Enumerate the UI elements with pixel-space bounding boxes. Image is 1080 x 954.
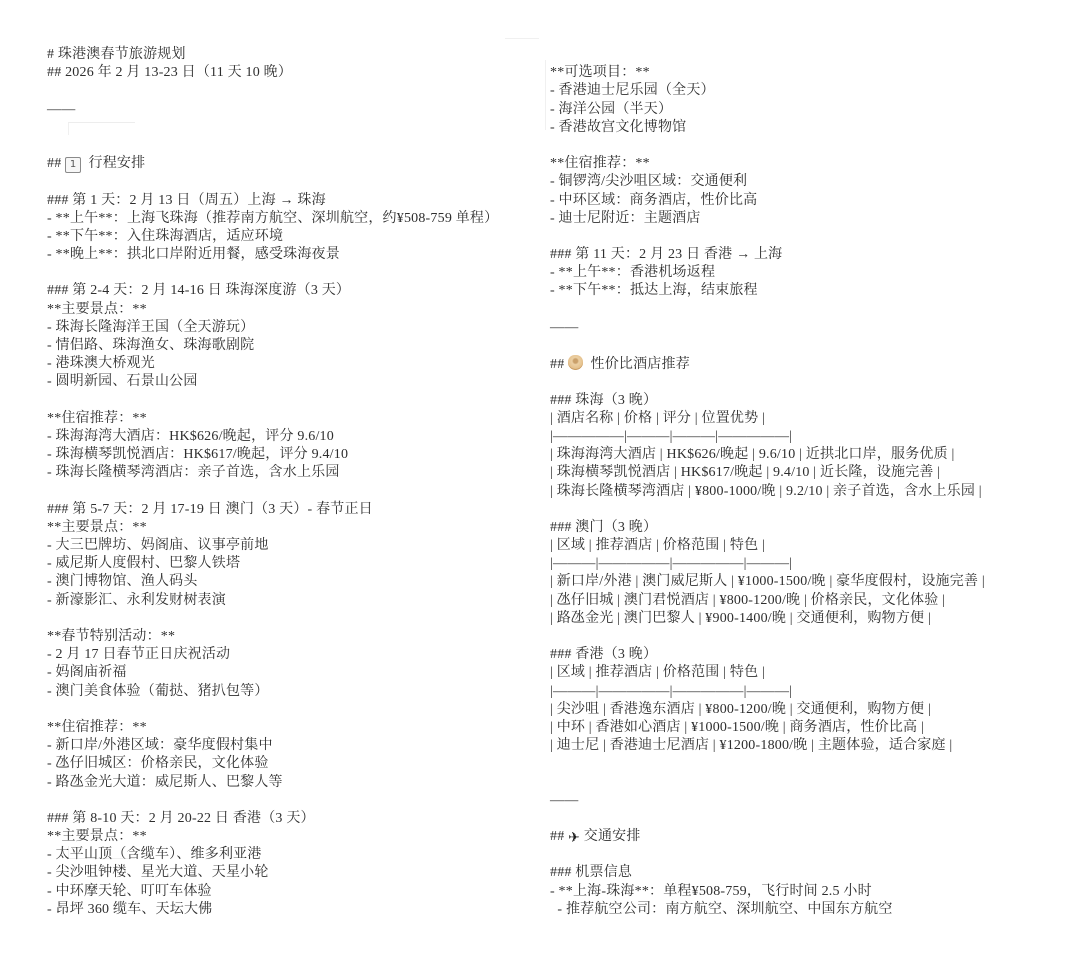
markdown-line: - **下午**：入住珠海酒店，适应环境 xyxy=(47,228,527,246)
markdown-line: **主要景点：** xyxy=(47,301,527,319)
markdown-line xyxy=(550,810,1075,828)
markdown-line xyxy=(550,755,1075,773)
markdown-line xyxy=(550,628,1075,646)
markdown-line: —— xyxy=(47,101,527,119)
markdown-line: - 情侣路、珠海渔女、珠海歌剧院 xyxy=(47,337,527,355)
markdown-line: - 2 月 17 日春节正日庆祝活动 xyxy=(47,646,527,664)
markdown-line: - 澳门博物馆、渔人码头 xyxy=(47,573,527,591)
markdown-line xyxy=(550,228,1075,246)
markdown-line: **主要景点：** xyxy=(47,519,527,537)
markdown-line: —— xyxy=(550,319,1075,337)
markdown-line xyxy=(550,337,1075,355)
markdown-line: - 珠海横琴凯悦酒店：HK$617/晚起，评分 9.4/10 xyxy=(47,446,527,464)
markdown-line xyxy=(550,137,1075,155)
markdown-line xyxy=(47,392,527,410)
markdown-line xyxy=(550,46,1075,64)
line-text: ## xyxy=(550,357,568,372)
markdown-line: - 珠海长隆海洋王国（全天游玩） xyxy=(47,319,527,337)
markdown-line: ### 第 5-7 天：2 月 17-19 日 澳门（3 天）- 春节正日 xyxy=(47,501,527,519)
markdown-line: | 中环 | 香港如心酒店 | ¥1000-1500/晚 | 商务酒店，性价比高… xyxy=(550,719,1075,737)
markdown-line: —— xyxy=(550,792,1075,810)
markdown-line: # 珠港澳春节旅游规划 xyxy=(47,46,527,64)
markdown-document-page: # 珠港澳春节旅游规划## 2026 年 2 月 13-23 日（11 天 10… xyxy=(0,0,1080,954)
markdown-line: - 珠海海湾大酒店：HK$626/晚起，评分 9.6/10 xyxy=(47,428,527,446)
markdown-line: ### 第 1 天：2 月 13 日（周五）上海 → 珠海 xyxy=(47,192,527,210)
markdown-line xyxy=(47,137,527,155)
markdown-line: ### 机票信息 xyxy=(550,864,1075,882)
markdown-line: - 昂坪 360 缆车、天坛大佛 xyxy=(47,901,527,919)
markdown-line: - 澳门美食体验（葡挞、猪扒包等） xyxy=(47,683,527,701)
markdown-line: | 珠海长隆横琴湾酒店 | ¥800-1000/晚 | 9.2/10 | 亲子首… xyxy=(550,483,1075,501)
markdown-line: **春节特别活动：** xyxy=(47,628,527,646)
markdown-line: | 尖沙咀 | 香港逸东酒店 | ¥800-1200/晚 | 交通便利，购物方便… xyxy=(550,701,1075,719)
markdown-line: - 新濠影汇、永利发财树表演 xyxy=(47,592,527,610)
markdown-line: - **上午**：上海飞珠海（推荐南方航空、深圳航空，约¥508-759 单程） xyxy=(47,210,527,228)
markdown-line: - 铜锣湾/尖沙咀区域：交通便利 xyxy=(550,173,1075,191)
markdown-line: - 威尼斯人度假村、巴黎人铁塔 xyxy=(47,555,527,573)
markdown-line: - 氹仔旧城区：价格亲民，文化体验 xyxy=(47,755,527,773)
markdown-line: ### 香港（3 晚） xyxy=(550,646,1075,664)
markdown-line: **住宿推荐：** xyxy=(550,155,1075,173)
markdown-line: - 香港故宫文化博物馆 xyxy=(550,119,1075,137)
markdown-line: ## 2026 年 2 月 13-23 日（11 天 10 晚） xyxy=(47,64,527,82)
markdown-line xyxy=(550,846,1075,864)
markdown-line: ## 性价比酒店推荐 xyxy=(550,355,1075,373)
markdown-line xyxy=(47,792,527,810)
markdown-line: - 珠海长隆横琴湾酒店：亲子首选，含水上乐园 xyxy=(47,464,527,482)
markdown-line: - **上海-珠海**：单程¥508-759，飞行时间 2.5 小时 xyxy=(550,883,1075,901)
line-text: 行程安排 xyxy=(81,156,145,171)
markdown-line: - 中环摩天轮、叮叮车体验 xyxy=(47,883,527,901)
markdown-line: - 新口岸/外港区域：豪华度假村集中 xyxy=(47,737,527,755)
markdown-line: ### 第 2-4 天：2 月 14-16 日 珠海深度游（3 天） xyxy=(47,282,527,300)
markdown-line: - 港珠澳大桥观光 xyxy=(47,355,527,373)
markdown-line: |—————|———|———|—————| xyxy=(550,428,1075,446)
markdown-line: - 妈阁庙祈福 xyxy=(47,664,527,682)
markdown-line xyxy=(550,501,1075,519)
airplane-icon: ✈ xyxy=(568,829,580,847)
markdown-line: - 香港迪士尼乐园（全天） xyxy=(550,82,1075,100)
markdown-line: ## ✈ 交通安排 xyxy=(550,828,1075,846)
markdown-line xyxy=(47,610,527,628)
markdown-line: | 珠海横琴凯悦酒店 | HK$617/晚起 | 9.4/10 | 近长隆，设施… xyxy=(550,464,1075,482)
markdown-line: ### 第 11 天：2 月 23 日 香港 → 上海 xyxy=(550,246,1075,264)
markdown-line: | 珠海海湾大酒店 | HK$626/晚起 | 9.6/10 | 近拱北口岸，服… xyxy=(550,446,1075,464)
line-text: 性价比酒店推荐 xyxy=(583,357,690,372)
markdown-line: - 路氹金光大道：威尼斯人、巴黎人等 xyxy=(47,774,527,792)
scan-artifact xyxy=(505,38,539,41)
line-text: 交通安排 xyxy=(580,829,641,844)
markdown-line xyxy=(47,119,527,137)
markdown-line: ### 珠海（3 晚） xyxy=(550,392,1075,410)
markdown-line: | 区域 | 推荐酒店 | 价格范围 | 特色 | xyxy=(550,664,1075,682)
markdown-line: - 太平山顶（含缆车）、维多利亚港 xyxy=(47,846,527,864)
markdown-line xyxy=(550,373,1075,391)
markdown-line: - **下午**：抵达上海，结束旅程 xyxy=(550,282,1075,300)
markdown-line: - 中环区域：商务酒店，性价比高 xyxy=(550,192,1075,210)
markdown-line: | 酒店名称 | 价格 | 评分 | 位置优势 | xyxy=(550,410,1075,428)
keycap-1-icon: 1 xyxy=(65,157,81,173)
markdown-line: - **晚上**：拱北口岸附近用餐，感受珠海夜景 xyxy=(47,246,527,264)
markdown-line: | 迪士尼 | 香港迪士尼酒店 | ¥1200-1800/晚 | 主题体验，适合… xyxy=(550,737,1075,755)
markdown-line: ## 1 行程安排 xyxy=(47,155,527,173)
markdown-line xyxy=(47,264,527,282)
markdown-line xyxy=(550,301,1075,319)
line-text: ## xyxy=(550,829,568,844)
markdown-line: - 推荐航空公司：南方航空、深圳航空、中国东方航空 xyxy=(550,901,1075,919)
markdown-line: - 尖沙咀钟楼、星光大道、天星小轮 xyxy=(47,864,527,882)
markdown-line xyxy=(47,483,527,501)
markdown-line: - 大三巴牌坊、妈阁庙、议事亭前地 xyxy=(47,537,527,555)
markdown-line: | 区域 | 推荐酒店 | 价格范围 | 特色 | xyxy=(550,537,1075,555)
markdown-line xyxy=(47,82,527,100)
line-text: ## xyxy=(47,156,65,171)
markdown-line xyxy=(47,173,527,191)
markdown-line xyxy=(47,701,527,719)
markdown-line: ### 第 8-10 天：2 月 20-22 日 香港（3 天） xyxy=(47,810,527,828)
markdown-line: |———|—————|—————|———| xyxy=(550,555,1075,573)
markdown-line: ### 澳门（3 晚） xyxy=(550,519,1075,537)
left-column: # 珠港澳春节旅游规划## 2026 年 2 月 13-23 日（11 天 10… xyxy=(47,46,527,919)
right-column: **可选项目：**- 香港迪士尼乐园（全天）- 海洋公园（半天）- 香港故宫文化… xyxy=(550,46,1075,919)
markdown-line: | 路氹金光 | 澳门巴黎人 | ¥900-1400/晚 | 交通便利，购物方便… xyxy=(550,610,1075,628)
markdown-line xyxy=(550,774,1075,792)
markdown-line: **住宿推荐：** xyxy=(47,410,527,428)
money-bag-icon xyxy=(568,355,583,370)
markdown-line: - 圆明新园、石景山公园 xyxy=(47,373,527,391)
markdown-line: **可选项目：** xyxy=(550,64,1075,82)
markdown-line: | 氹仔旧城 | 澳门君悦酒店 | ¥800-1200/晚 | 价格亲民，文化体… xyxy=(550,592,1075,610)
markdown-line: |———|—————|—————|———| xyxy=(550,683,1075,701)
markdown-line: - 海洋公园（半天） xyxy=(550,101,1075,119)
markdown-line: - **上午**：香港机场返程 xyxy=(550,264,1075,282)
markdown-line: **主要景点：** xyxy=(47,828,527,846)
markdown-line: **住宿推荐：** xyxy=(47,719,527,737)
markdown-line: - 迪士尼附近：主题酒店 xyxy=(550,210,1075,228)
markdown-line: | 新口岸/外港 | 澳门威尼斯人 | ¥1000-1500/晚 | 豪华度假村… xyxy=(550,573,1075,591)
